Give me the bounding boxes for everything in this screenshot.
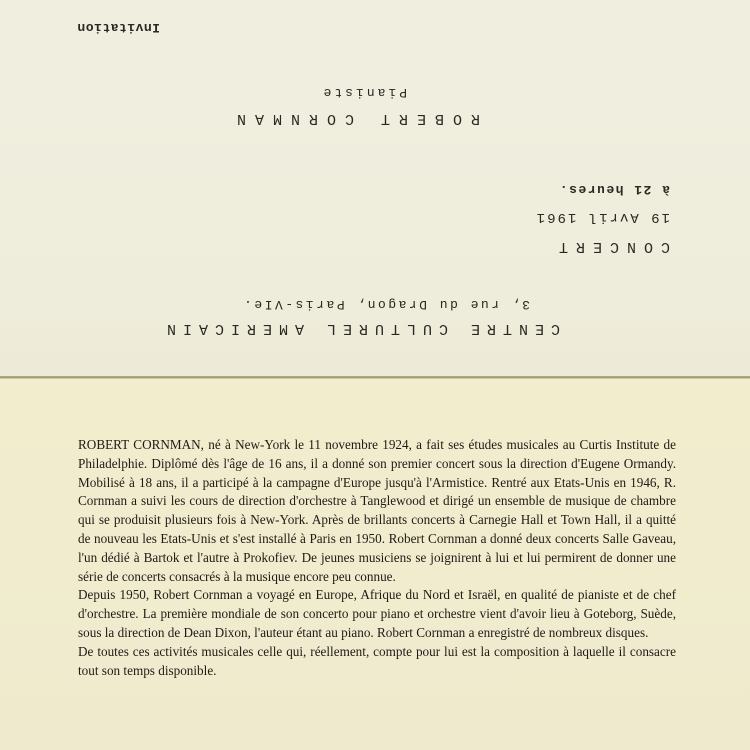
card-front-rotated-content: Invitation ROBERT CORNMAN Pianiste CONCE… [0, 0, 750, 377]
event-title: CONCERT [551, 238, 670, 255]
invitation-card: Invitation ROBERT CORNMAN Pianiste CONCE… [0, 0, 750, 750]
artist-role: Pianiste [321, 85, 407, 100]
biography-paragraph: De toutes ces activités musicales celle … [78, 643, 676, 681]
biography-paragraph: ROBERT CORNMAN, né à New-York le 11 nove… [78, 436, 676, 586]
biography-text: ROBERT CORNMAN, né à New-York le 11 nove… [78, 436, 676, 680]
biography-paragraph: Depuis 1950, Robert Cornman a voyagé en … [78, 586, 676, 642]
invitation-label: Invitation [77, 20, 160, 35]
event-date: 19 Avril 1961 [535, 209, 670, 225]
event-time: à 21 heures. [558, 182, 670, 197]
card-front-panel: Invitation ROBERT CORNMAN Pianiste CONCE… [0, 0, 750, 377]
artist-name: ROBERT CORNMAN [228, 110, 480, 127]
venue-address: 3, rue du Dragon, Paris-VIe. [242, 297, 530, 312]
venue-name: CENTRE CULTUREL AMERICAIN [160, 320, 560, 337]
